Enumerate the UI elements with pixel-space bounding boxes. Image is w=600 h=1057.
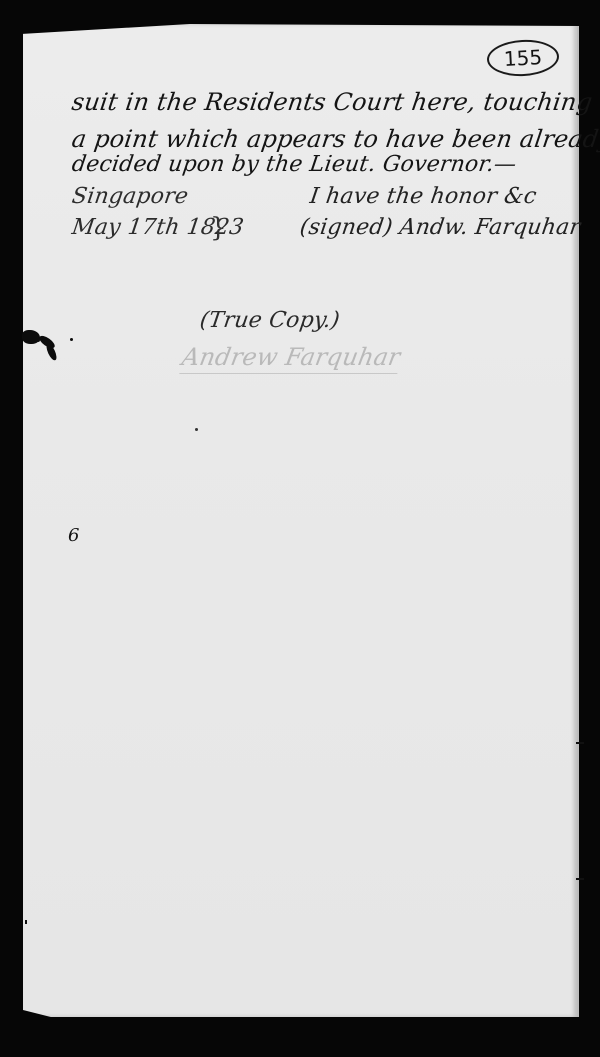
place-line: Singapore xyxy=(70,184,190,209)
page-edge-mark xyxy=(576,742,584,744)
brace-mark: } xyxy=(210,213,227,243)
page-edge-mark xyxy=(25,920,27,924)
true-copy-attestation: (True Copy.) xyxy=(198,308,341,333)
body-line-1: suit in the Residents Court here, touchi… xyxy=(70,88,594,116)
folio-number-text: 155 xyxy=(503,45,542,71)
ink-dot xyxy=(36,338,40,342)
page-edge-mark xyxy=(576,878,584,880)
scanned-document: 155 suit in the Residents Court here, to… xyxy=(0,0,600,1057)
signature-line: (signed) Andw. Farquhar xyxy=(298,215,582,240)
body-line-2: a point which appears to have been alrea… xyxy=(70,125,600,153)
ink-dot xyxy=(70,338,73,341)
closing-line: I have the honor &c xyxy=(308,184,538,209)
body-line-3: decided upon by the Lieut. Governor.— xyxy=(70,152,518,177)
margin-mark: 6 xyxy=(68,525,79,546)
faint-signature: Andrew Farquhar xyxy=(179,343,402,374)
ink-dot xyxy=(195,428,198,431)
